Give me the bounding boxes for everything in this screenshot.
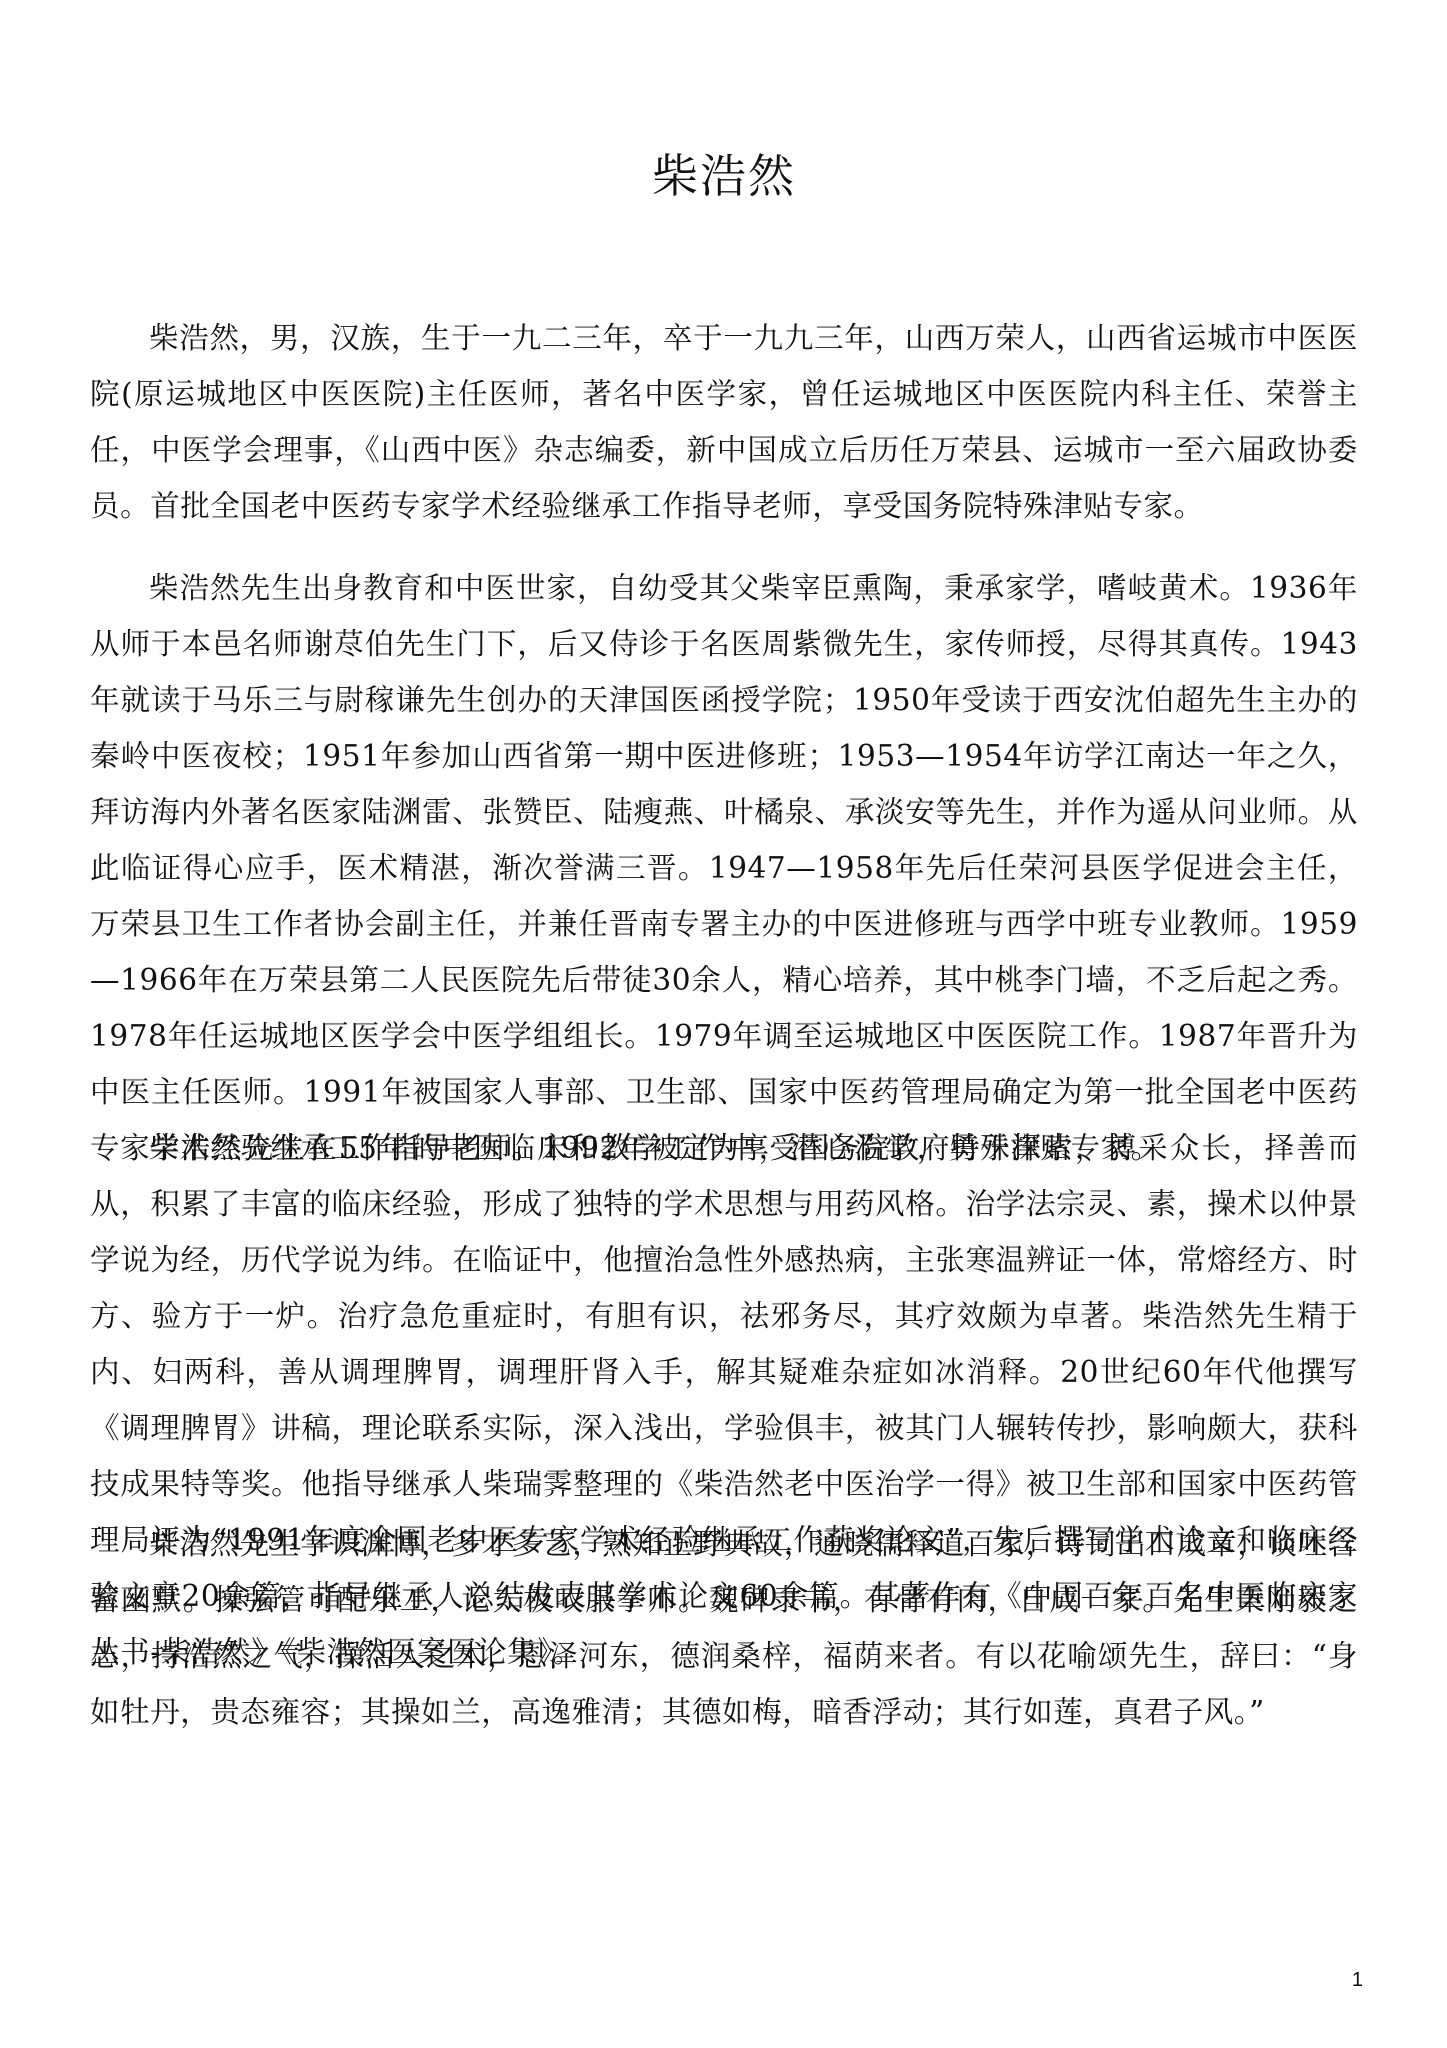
paragraph-personal-character: 柴浩然先生学识渊博，多才多艺，熟知正野典故，通晓儒释道百家，诗词出口成章，谈吐含… bbox=[90, 1516, 1358, 1740]
page-number: 1 bbox=[1352, 1968, 1363, 1992]
paragraph-career-history: 柴浩然先生出身教育和中医世家，自幼受其父柴宰臣熏陶，秉承家学，嗜岐黄术。1936… bbox=[90, 560, 1358, 1176]
page-title: 柴浩然 bbox=[90, 146, 1358, 206]
paragraph-biography-summary: 柴浩然，男，汉族，生于一九二三年，卒于一九九三年，山西万荣人，山西省运城市中医医… bbox=[90, 310, 1358, 534]
